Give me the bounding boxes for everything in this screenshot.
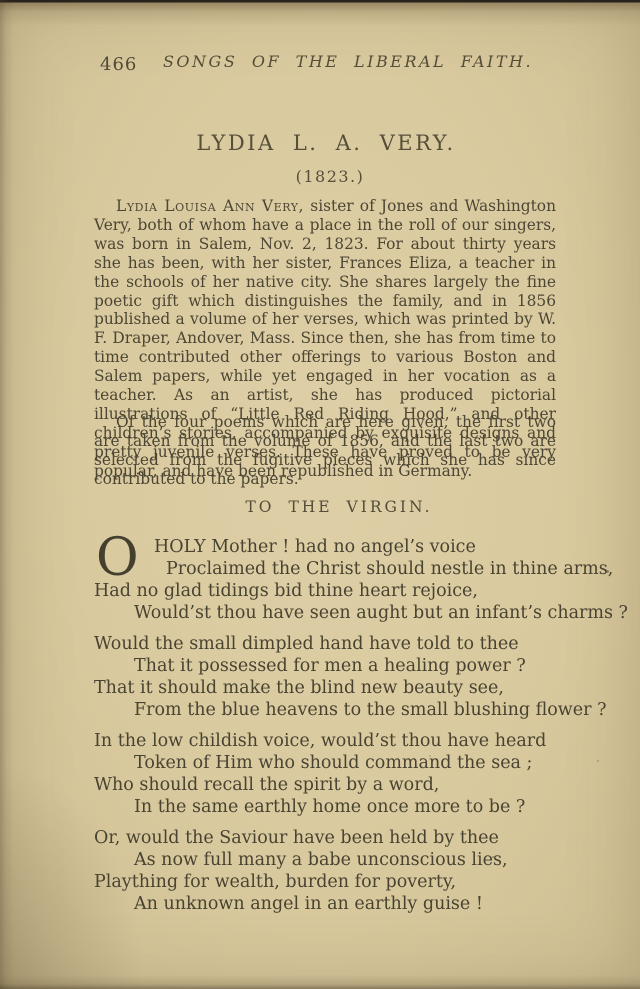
bio-paragraph-2: Of the four poems which are here given, … (94, 413, 556, 489)
poem-line: Who should recall the spirit by a word, (94, 774, 574, 796)
poem-line: As now full many a babe unconscious lies… (94, 849, 574, 871)
page-number: 466 (100, 54, 137, 75)
running-title: SONGS OF THE LIBERAL FAITH. (0, 52, 640, 71)
article-title: LYDIA L. A. VERY. (0, 131, 640, 155)
poem-line: Token of Him who should command the sea … (94, 752, 574, 774)
poem: O HOLY Mother ! had no angel’s voice Pro… (94, 536, 574, 924)
poem-line: An unknown angel in an earthly guise ! (94, 893, 574, 915)
poem-line: Proclaimed the Christ should nestle in t… (94, 558, 574, 580)
poem-title: TO THE VIRGIN. (0, 498, 640, 516)
book-page: 466 SONGS OF THE LIBERAL FAITH. LYDIA L.… (0, 0, 640, 989)
scan-edge-bottom (0, 975, 640, 989)
poem-line: Would the small dimpled hand have told t… (94, 633, 574, 655)
poem-stanza-4: Or, would the Saviour have been held by … (94, 827, 574, 915)
scan-speck (597, 760, 599, 762)
poem-stanza-1: O HOLY Mother ! had no angel’s voice Pro… (94, 536, 574, 624)
poem-stanza-3: In the low childish voice, would’st thou… (94, 730, 574, 818)
poem-stanza-2: Would the small dimpled hand have told t… (94, 633, 574, 721)
running-head: 466 SONGS OF THE LIBERAL FAITH. (0, 52, 640, 80)
poem-line: Or, would the Saviour have been held by … (94, 827, 574, 849)
poem-line: Would’st thou have seen aught but an inf… (94, 602, 574, 624)
poem-line: From the blue heavens to the small blush… (94, 699, 574, 721)
poem-line: Plaything for wealth, burden for poverty… (94, 871, 574, 893)
bio-lead-smallcaps: Lydia Louisa Ann Very, (116, 197, 304, 215)
scan-edge-top (0, 0, 640, 26)
poem-line: In the same earthly home once more to be… (94, 796, 574, 818)
article-date: (1823.) (0, 167, 640, 186)
poem-line: That it possessed for men a healing powe… (94, 655, 574, 677)
poem-line: Had no glad tidings bid thine heart rejo… (94, 580, 574, 602)
poem-line: That it should make the blind new beauty… (94, 677, 574, 699)
poem-line: HOLY Mother ! had no angel’s voice (94, 536, 574, 558)
poem-line: In the low childish voice, would’st thou… (94, 730, 574, 752)
drop-cap: O (96, 537, 139, 579)
